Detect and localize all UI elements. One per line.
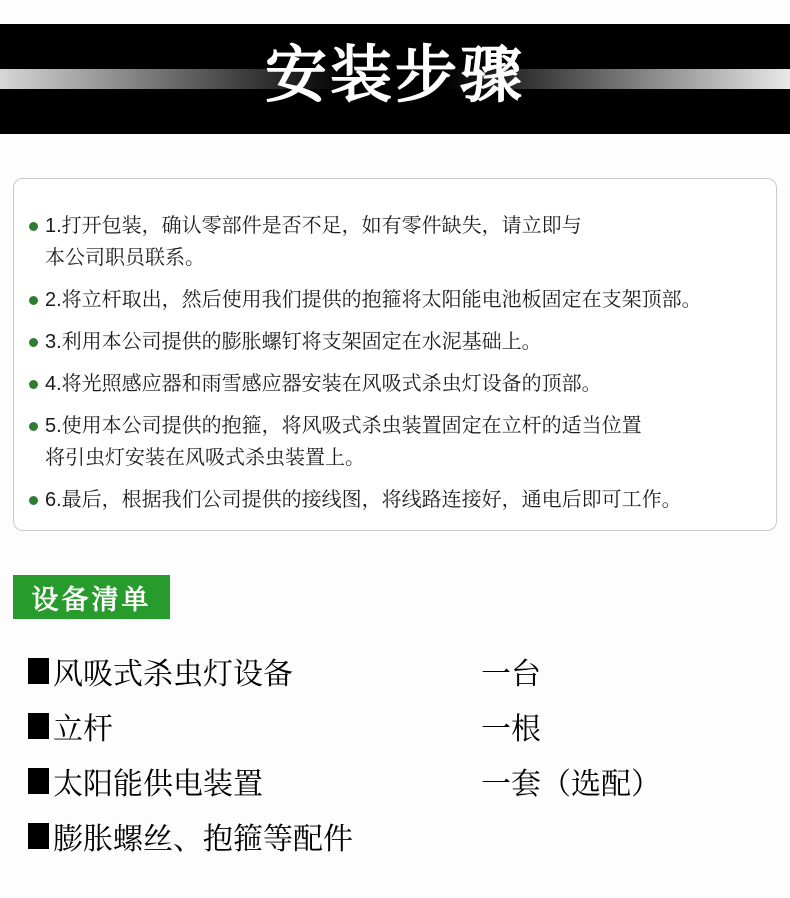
equipment-list: 风吸式杀虫灯设备 一台 立杆 一根 太阳能供电装置 一套（选配） 膨胀螺丝、抱箍… (28, 643, 790, 863)
installation-steps-box: 1.打开包装，确认零部件是否不足，如有零件缺失，请立即与 本公司职员联系。 2.… (13, 178, 777, 531)
step-text: 4.将光照感应器和雨雪感应器安装在风吸式杀虫灯设备的顶部。 (45, 368, 602, 400)
step-item: 4.将光照感应器和雨雪感应器安装在风吸式杀虫灯设备的顶部。 (29, 368, 760, 400)
square-bullet-icon (28, 658, 49, 684)
bullet-dot-icon (29, 296, 38, 305)
equipment-name: 立杆 (53, 704, 481, 748)
step-item: 2.将立杆取出，然后使用我们提供的抱箍将太阳能电池板固定在支架顶部。 (29, 284, 760, 316)
bullet-dot-icon (29, 338, 38, 347)
equipment-row: 立杆 一根 (28, 698, 790, 753)
equipment-row: 膨胀螺丝、抱箍等配件 (28, 808, 790, 863)
equipment-name: 膨胀螺丝、抱箍等配件 (53, 814, 481, 858)
step-item: 6.最后，根据我们公司提供的接线图，将线路连接好，通电后即可工作。 (29, 484, 760, 516)
square-bullet-icon (28, 713, 49, 739)
equipment-quantity: 一台 (481, 649, 541, 693)
equipment-quantity: 一套（选配） (481, 759, 661, 803)
equipment-name: 太阳能供电装置 (53, 759, 481, 803)
equipment-list-header: 设备清单 (13, 575, 170, 619)
step-text: 3.利用本公司提供的膨胀螺钉将支架固定在水泥基础上。 (45, 326, 542, 358)
equipment-quantity: 一根 (481, 704, 541, 748)
step-text: 1.打开包装，确认零部件是否不足，如有零件缺失，请立即与 本公司职员联系。 (45, 210, 582, 274)
bullet-dot-icon (29, 496, 38, 505)
step-item: 3.利用本公司提供的膨胀螺钉将支架固定在水泥基础上。 (29, 326, 760, 358)
bullet-dot-icon (29, 422, 38, 431)
equipment-name: 风吸式杀虫灯设备 (53, 649, 481, 693)
step-item: 5.使用本公司提供的抱箍，将风吸式杀虫装置固定在立杆的适当位置 将引虫灯安装在风… (29, 410, 760, 474)
step-item: 1.打开包装，确认零部件是否不足，如有零件缺失，请立即与 本公司职员联系。 (29, 210, 760, 274)
bullet-dot-icon (29, 222, 38, 231)
step-text: 2.将立杆取出，然后使用我们提供的抱箍将太阳能电池板固定在支架顶部。 (45, 284, 702, 316)
step-text: 6.最后，根据我们公司提供的接线图，将线路连接好，通电后即可工作。 (45, 484, 682, 516)
square-bullet-icon (28, 823, 49, 849)
step-text: 5.使用本公司提供的抱箍，将风吸式杀虫装置固定在立杆的适当位置 将引虫灯安装在风… (45, 410, 642, 474)
equipment-row: 风吸式杀虫灯设备 一台 (28, 643, 790, 698)
page-title: 安装步骤 (265, 45, 525, 113)
bullet-dot-icon (29, 380, 38, 389)
square-bullet-icon (28, 768, 49, 794)
equipment-row: 太阳能供电装置 一套（选配） (28, 753, 790, 808)
title-banner: 安装步骤 (0, 24, 790, 134)
top-white-strip (0, 0, 790, 24)
